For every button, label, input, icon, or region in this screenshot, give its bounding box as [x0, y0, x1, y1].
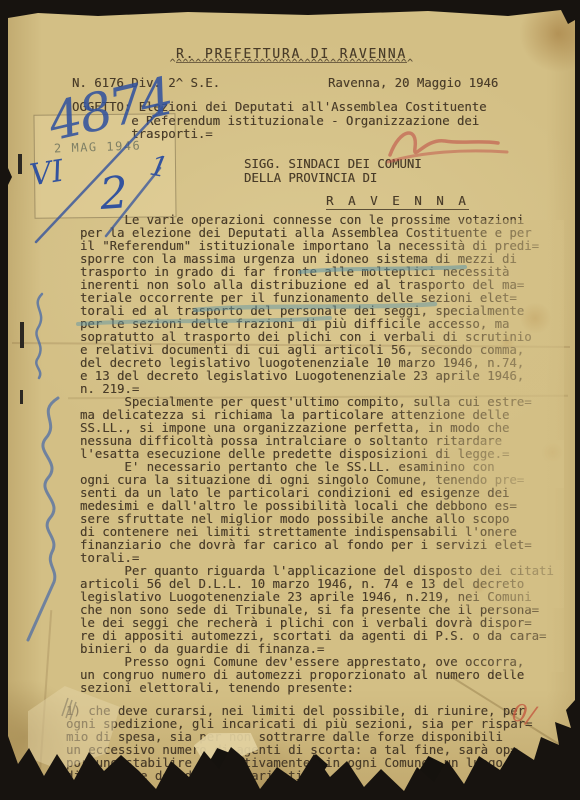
- edge-mark: [18, 154, 22, 174]
- margin-note-stroke: [36, 294, 42, 378]
- handwritten-classification: VI: [27, 154, 66, 194]
- numbered-item-1: 1) che deve curarsi, nei limiti del poss…: [66, 705, 558, 783]
- place-and-date: Ravenna, 20 Maggio 1946: [328, 76, 498, 90]
- letterhead-ornament: ^^^^^^^^^^^^^^^^^^^^^^^^^^^^^^^^^^^^^^: [8, 58, 575, 69]
- paragraph-4: Per quanto riguarda l'applicazione del d…: [80, 565, 558, 656]
- recipient-city: R A V E N N A: [326, 193, 469, 210]
- edge-mark: [20, 390, 23, 404]
- paragraph-2: Specialmente per quest'ultimo compito, s…: [80, 396, 558, 461]
- letter-body: Le varie operazioni connesse con le pros…: [80, 214, 558, 783]
- paragraph-3: E' necessario pertanto che le SS.LL. esa…: [80, 461, 558, 565]
- handwritten-classification-sub: 2: [98, 167, 129, 220]
- paragraph-5: Presso ogni Comune dev'essere apprestato…: [80, 656, 558, 695]
- recipient-block: SIGG. SINDACI DEI COMUNI DELLA PROVINCIA…: [244, 158, 422, 185]
- margin-note-stroke: [28, 398, 58, 640]
- paragraph-1: Le varie operazioni connesse con le pros…: [80, 214, 558, 396]
- edge-mark: [20, 322, 24, 348]
- document-page: R. PREFETTURA DI RAVENNA ^^^^^^^^^^^^^^^…: [8, 10, 575, 800]
- scan-background: { "letterhead": { "title": "R. PREFETTUR…: [0, 0, 580, 800]
- handwritten-verso-mark: 0/: [510, 698, 537, 729]
